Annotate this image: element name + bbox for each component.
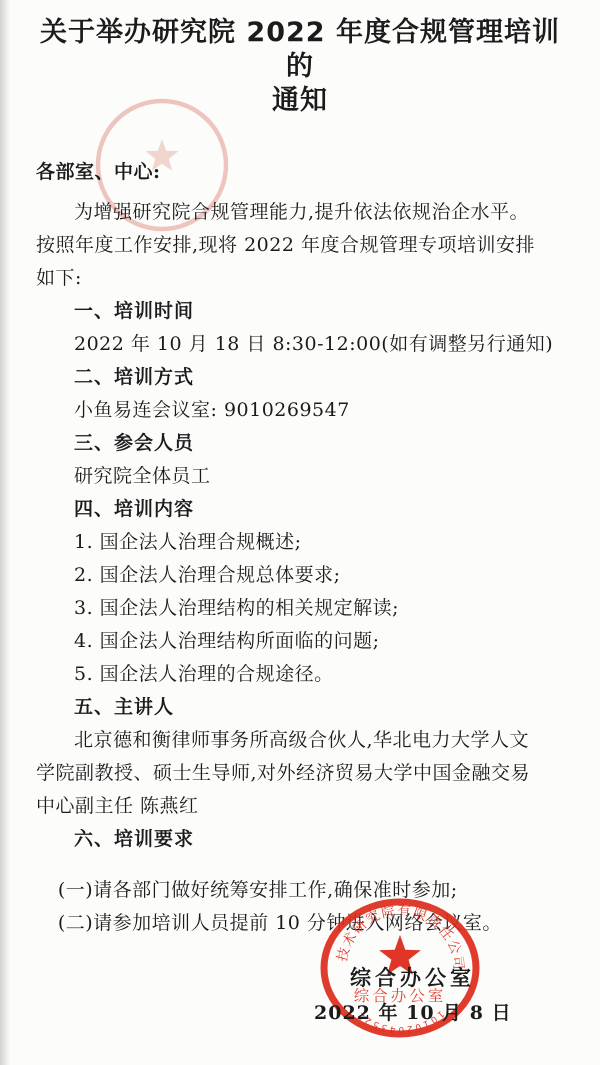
intro-line-3: 如下: — [36, 262, 564, 295]
section-1-heading: 一、培训时间 — [36, 295, 564, 328]
section-3-text: 研究院全体员工 — [36, 460, 564, 493]
section-1-text: 2022 年 10 月 18 日 8:30-12:00(如有调整另行通知) — [36, 328, 564, 361]
intro-line-2: 按照年度工作安排,现将 2022 年度合规管理专项培训安排 — [36, 229, 564, 262]
signature-department: 综合办公室 — [350, 962, 475, 992]
training-content-item: 3. 国企法人治理结构的相关规定解读; — [36, 592, 564, 625]
section-4-heading: 四、培训内容 — [36, 493, 564, 526]
salutation: 各部室、中心: — [36, 156, 564, 189]
signature-date: 2022 年 10 月 8 日 — [314, 998, 512, 1025]
speaker-line-2: 学院副教授、硕士生导师,对外经济贸易大学中国金融交易 — [36, 757, 564, 790]
section-5-heading: 五、主讲人 — [36, 691, 564, 724]
speaker-line-1: 北京德和衡律师事务所高级合伙人,华北电力大学人文 — [36, 724, 564, 757]
intro-line-1: 为增强研究院合规管理能力,提升依法依规治企水平。 — [36, 196, 564, 229]
section-2-heading: 二、培训方式 — [36, 361, 564, 394]
title-line-2: 通知 — [272, 85, 328, 116]
section-3-heading: 三、参会人员 — [36, 427, 564, 460]
requirement-item-1: (一)请各部门做好统筹安排工作,确保准时参加; — [36, 874, 564, 907]
requirement-item-2: (二)请参加培训人员提前 10 分钟进入网络会议室。 — [36, 907, 564, 940]
training-content-item: 4. 国企法人治理结构所面临的问题; — [36, 625, 564, 658]
document-title: 关于举办研究院 2022 年度合规管理培训的 通知 — [36, 16, 564, 118]
title-line-1: 关于举办研究院 2022 年度合规管理培训的 — [40, 17, 560, 82]
training-content-item: 2. 国企法人治理合规总体要求; — [36, 559, 564, 592]
training-content-item: 5. 国企法人治理的合规途径。 — [36, 658, 564, 691]
section-2-text: 小鱼易连会议室: 9010269547 — [36, 394, 564, 427]
speaker-line-3: 中心副主任 陈燕红 — [36, 790, 564, 823]
section-6-heading: 六、培训要求 — [36, 823, 564, 856]
document-page: 关于举办研究院 2022 年度合规管理培训的 通知 各部室、中心: 为增强研究院… — [0, 0, 600, 940]
training-content-item: 1. 国企法人治理合规概述; — [36, 526, 564, 559]
